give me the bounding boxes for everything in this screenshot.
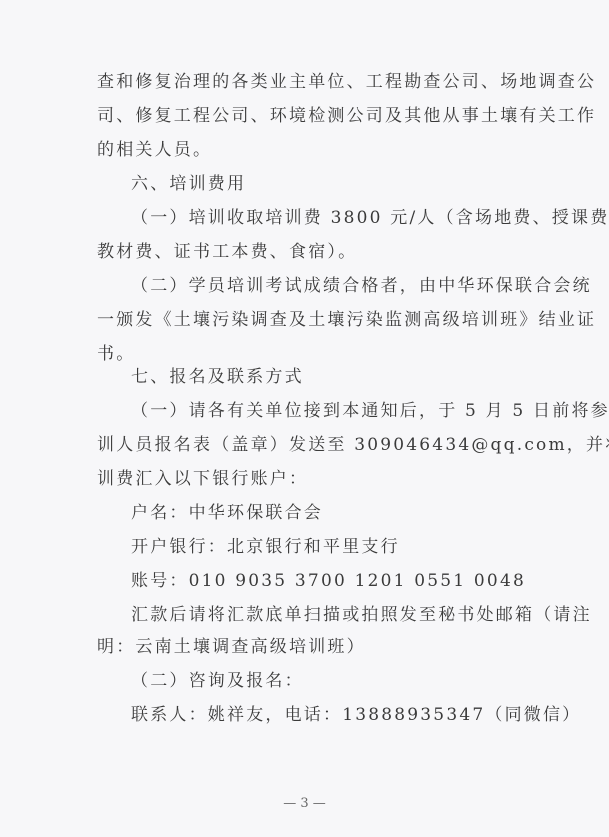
document-page: 查和修复治理的各类业主单位、工程勘查公司、场地调查公司、修复工程公司、环境检测公… [0,0,609,837]
text-line: 一颁发《土壤污染调查及土壤污染监测高级培训班》结业证 [97,310,527,330]
text-line: 开户银行：北京银行和平里支行 [131,537,561,557]
text-line: 的相关人员。 [97,140,527,160]
text-line: 账号：010 9035 3700 1201 0551 0048 [131,571,561,591]
text-line: 书。 [97,344,527,364]
text-line: 查和修复治理的各类业主单位、工程勘查公司、场地调查公 [97,72,527,92]
text-line: 七、报名及联系方式 [131,367,561,387]
text-line: 训人员报名表（盖章）发送至 309046434@qq.com，并将培 [97,435,527,455]
text-line: 训费汇入以下银行账户： [97,469,527,489]
text-line: 户名：中华环保联合会 [131,503,561,523]
text-line: 六、培训费用 [131,174,561,194]
text-line: 明：云南土壤调查高级培训班） [97,637,527,657]
text-line: （一）培训收取培训费 3800 元/人（含场地费、授课费、 [131,208,561,228]
text-line: （二）学员培训考试成绩合格者，由中华环保联合会统 [131,276,561,296]
text-line: 汇款后请将汇款底单扫描或拍照发至秘书处邮箱（请注 [131,605,561,625]
text-line: 教材费、证书工本费、食宿）。 [97,242,527,262]
text-line: 司、修复工程公司、环境检测公司及其他从事土壤有关工作 [97,106,527,126]
page-number: — 3 — [0,796,609,811]
text-line: （二）咨询及报名： [131,671,561,691]
text-line: （一）请各有关单位接到本通知后，于 5 月 5 日前将参 [131,401,561,421]
text-line: 联系人：姚祥友，电话：13888935347（同微信） [131,705,561,725]
